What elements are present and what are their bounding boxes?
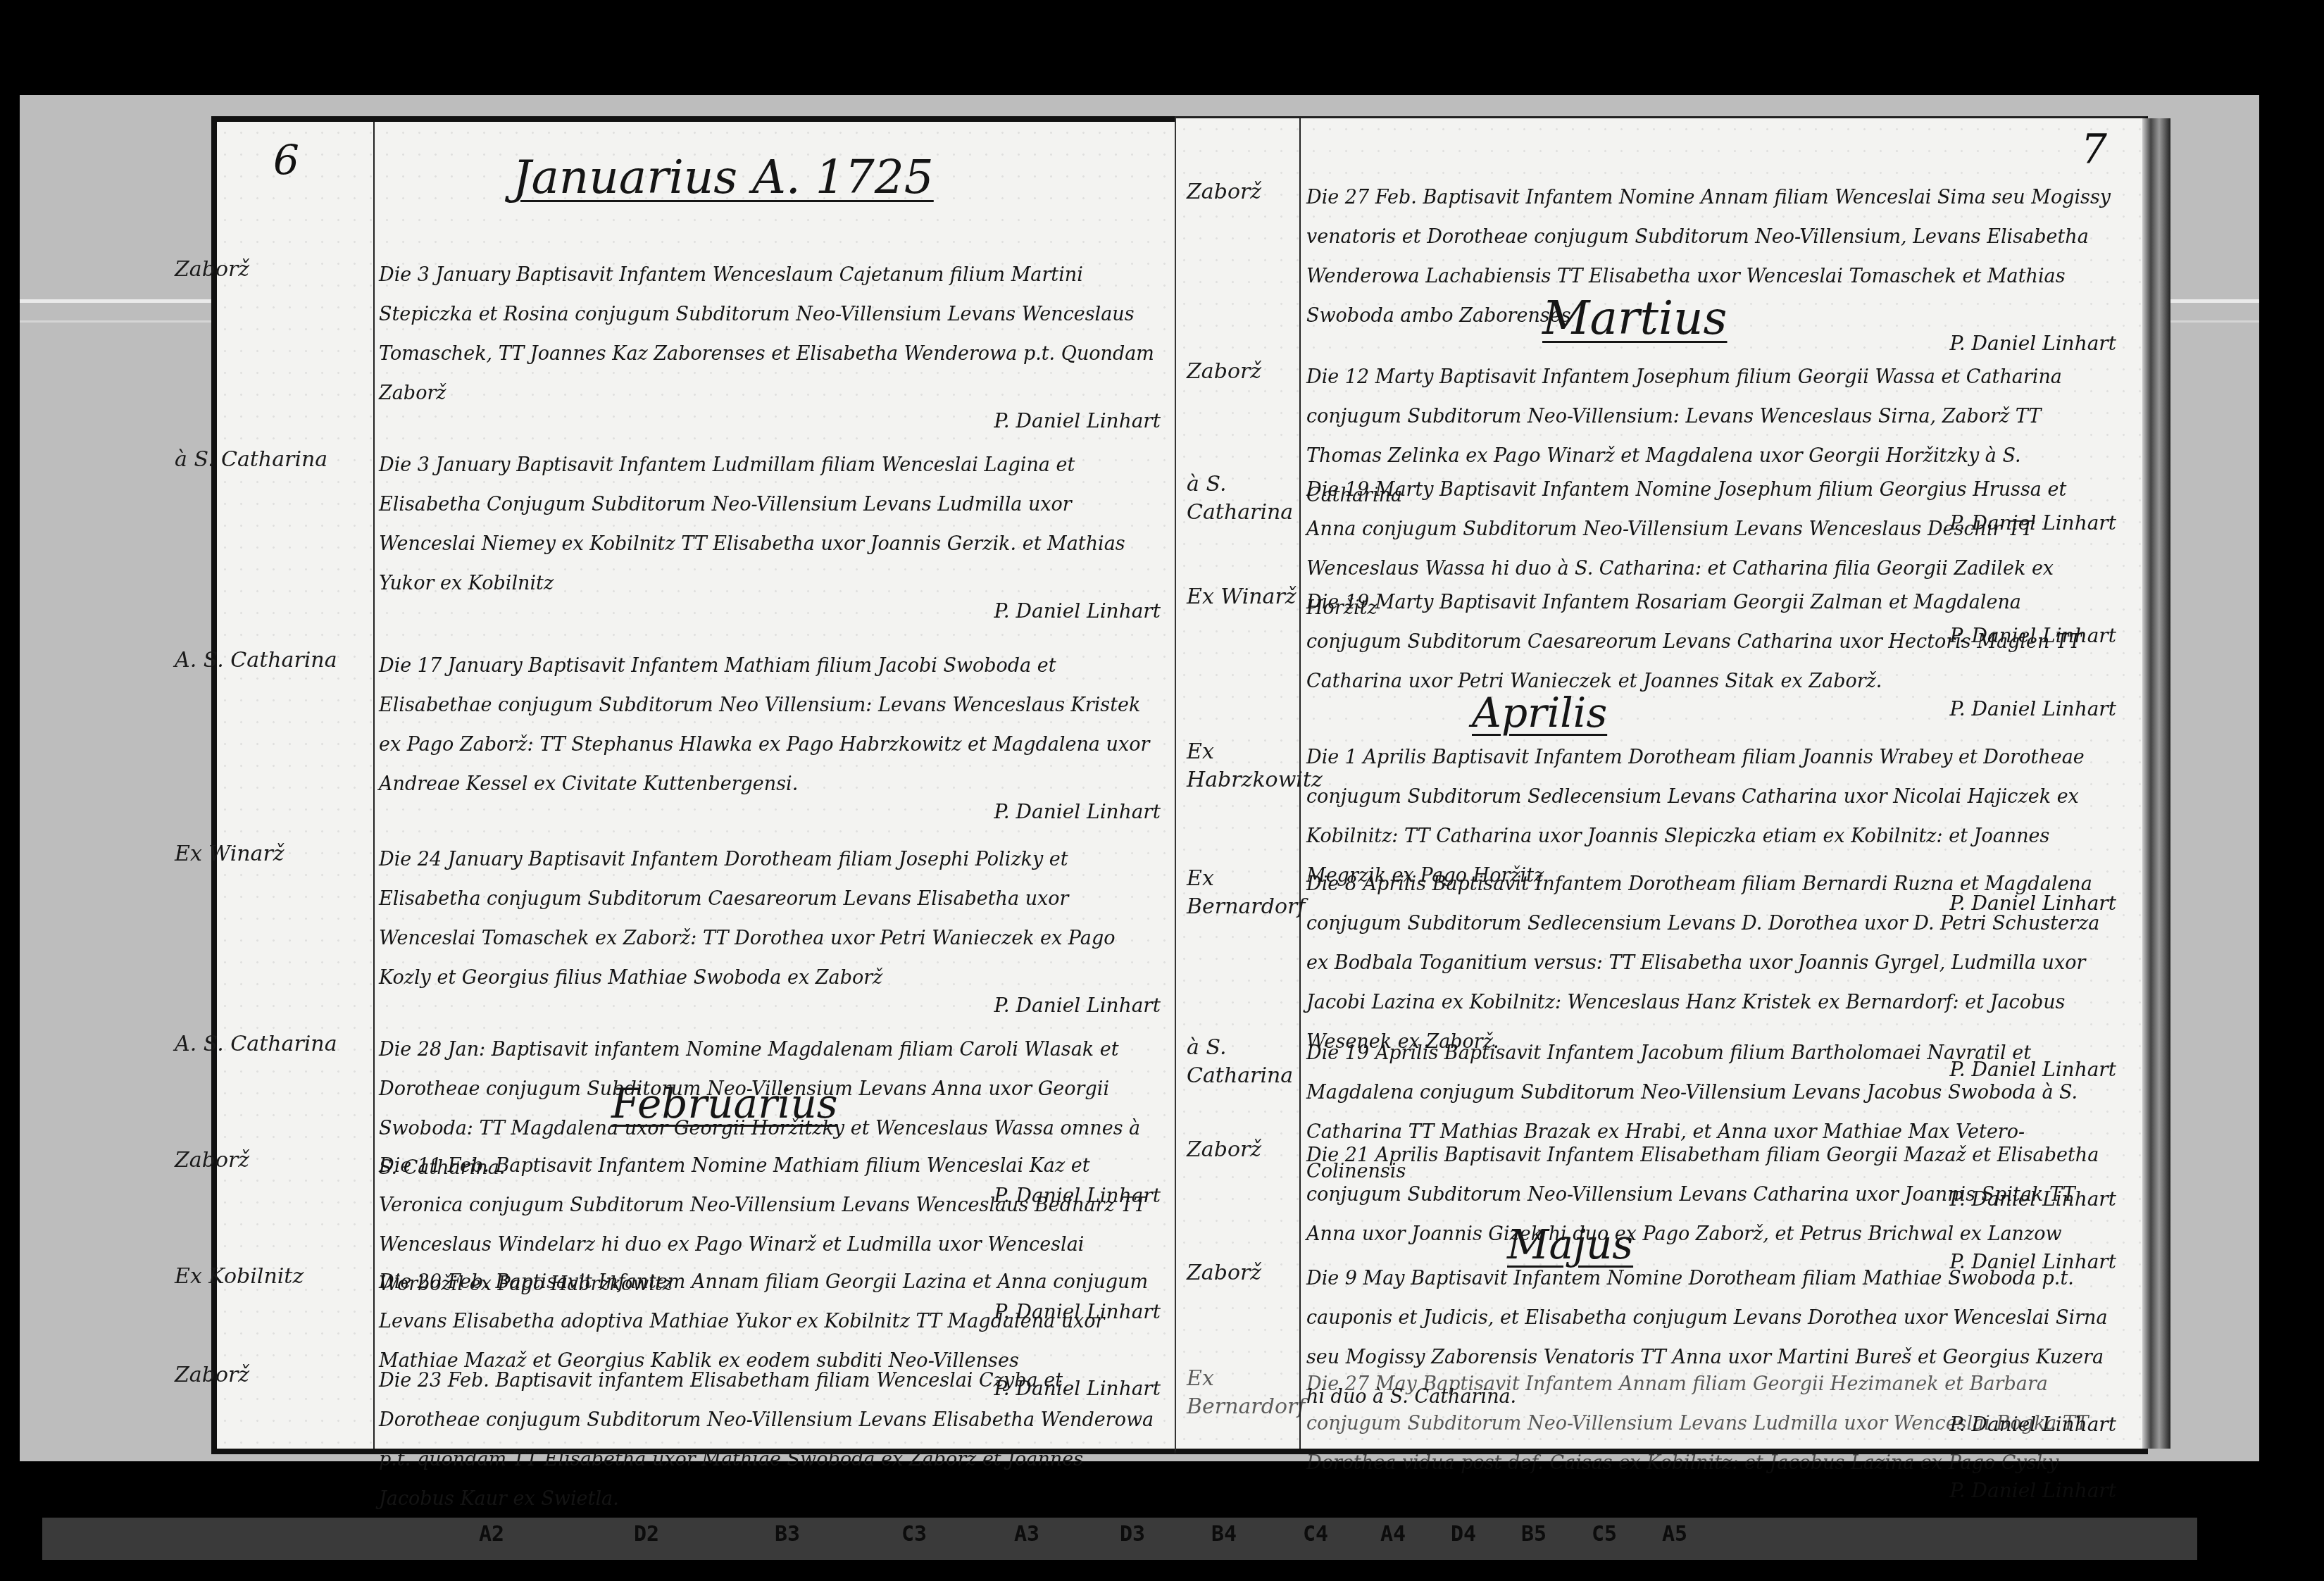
baptism-entry: Ex Winarž Die 24 January Baptisavit Infa… [379, 840, 1161, 1017]
film-mark: A4 [1380, 1522, 1406, 1546]
film-mark: C3 [901, 1522, 927, 1546]
film-mark: D3 [1120, 1522, 1145, 1546]
film-mark: A2 [479, 1522, 504, 1546]
entry-text: Die 17 January Baptisavit Infantem Mathi… [379, 646, 1161, 804]
page-edge-stack [2142, 118, 2170, 1449]
entry-text: Die 8 Aprilis Baptisavit Infantem Doroth… [1306, 865, 2116, 1062]
entry-signature: P. Daniel Linhart [379, 409, 1161, 432]
entry-place: Zaborž [175, 256, 365, 284]
entry-text: Die 19 Marty Baptisavit Infantem Rosaria… [1306, 583, 2116, 701]
page-number: 7 [2081, 125, 2107, 173]
baptism-entry: Zaborž Die 23 Feb. Baptisavit infantem E… [379, 1361, 1161, 1538]
open-register-book: 6 Januarius A. 1725 Zaborž Die 3 January… [211, 116, 2148, 1454]
month-heading: Februarius [611, 1080, 838, 1127]
left-page: 6 Januarius A. 1725 Zaborž Die 3 January… [211, 116, 1176, 1454]
month-heading: Januarius A. 1725 [513, 150, 934, 204]
entry-place: à S. Catharina [1187, 470, 1299, 527]
entry-place: Ex Winarž [175, 840, 365, 868]
entry-place: Zaborž [175, 1361, 365, 1389]
entry-place: à S. Catharina [1187, 1034, 1299, 1090]
film-mark: B5 [1521, 1522, 1547, 1546]
baptism-entry: Ex Winarž Die 19 Marty Baptisavit Infant… [1306, 583, 2116, 720]
film-mark: A3 [1014, 1522, 1039, 1546]
film-mark: D4 [1451, 1522, 1476, 1546]
entry-place: Zaborž [175, 1146, 365, 1175]
page-number: 6 [273, 136, 299, 184]
entry-text: Die 3 January Baptisavit Infantem Wences… [379, 256, 1161, 413]
entry-text: Die 21 Aprilis Baptisavit Infantem Elisa… [1306, 1136, 2116, 1254]
baptism-entry: Zaborž Die 3 January Baptisavit Infantem… [379, 256, 1161, 432]
film-mark: B3 [775, 1522, 800, 1546]
entry-place: Ex Kobilnitz [175, 1263, 365, 1291]
baptism-entry: à S. Catharina Die 3 January Baptisavit … [379, 446, 1161, 623]
entry-place: A. S. Catharina [175, 1030, 365, 1058]
entry-place: à S. Catharina [175, 446, 365, 474]
right-page: 7 Zaborž Die 27 Feb. Baptisavit Infantem… [1175, 116, 2148, 1454]
entry-place: Zaborž [1187, 358, 1299, 386]
entry-place: Ex Winarž [1187, 583, 1299, 611]
entry-place: Ex Habrzkowitz [1187, 738, 1299, 794]
entry-text: Die 27 May Baptisavit Infantem Annam fil… [1306, 1365, 2116, 1483]
entry-text: Die 24 January Baptisavit Infantem Dorot… [379, 840, 1161, 998]
baptism-entry: Ex Bernardorf Die 27 May Baptisavit Infa… [1306, 1365, 2116, 1502]
film-mark: B4 [1211, 1522, 1237, 1546]
film-mark: A5 [1662, 1522, 1687, 1546]
entry-place: Ex Bernardorf [1187, 1365, 1299, 1421]
microfilm-edge-strip: A2 D2 B3 C3 A3 D3 B4 C4 A4 D4 B5 C5 A5 [42, 1518, 2197, 1560]
month-heading: Aprilis [1472, 689, 1607, 737]
baptism-entry: Zaborž Die 21 Aprilis Baptisavit Infante… [1306, 1136, 2116, 1273]
entry-place: Zaborž [1187, 178, 1299, 206]
entry-place: A. S. Catharina [175, 646, 365, 675]
entry-place: Ex Bernardorf [1187, 865, 1299, 921]
film-mark: D2 [634, 1522, 659, 1546]
baptism-entry: A. S. Catharina Die 17 January Baptisavi… [379, 646, 1161, 823]
entry-place: Zaborž [1187, 1136, 1299, 1164]
entry-text: Die 3 January Baptisavit Infantem Ludmil… [379, 446, 1161, 604]
entry-place: Zaborž [1187, 1259, 1299, 1287]
entry-text: Die 23 Feb. Baptisavit infantem Elisabet… [379, 1361, 1161, 1519]
month-heading: Martius [1542, 291, 1728, 345]
margin-rule [373, 122, 375, 1449]
film-mark: C4 [1303, 1522, 1328, 1546]
film-mark: C5 [1592, 1522, 1617, 1546]
